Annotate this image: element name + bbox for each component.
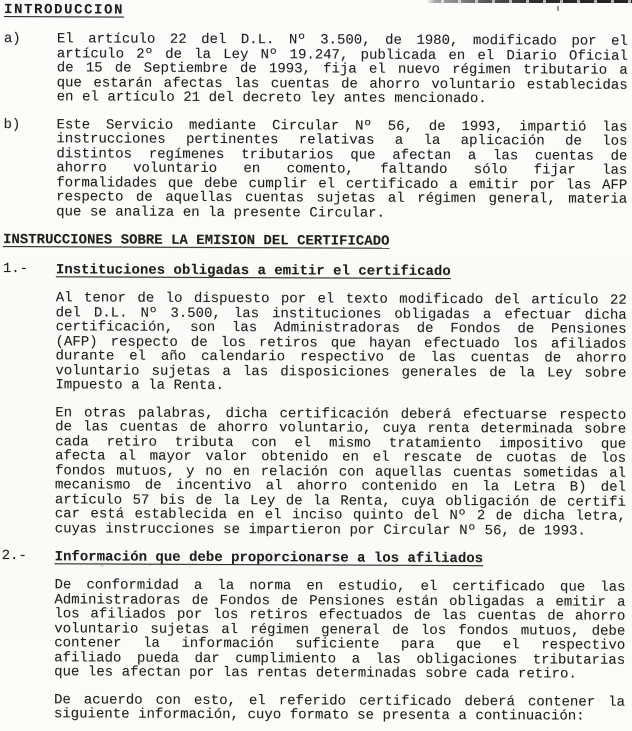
paragraph: En otras palabras, dicha certificación d…: [2, 405, 627, 538]
doc-text-line: siguiente información, cuyo formato se p…: [54, 707, 625, 724]
paragraph: Al tenor de lo dispuesto por el texto mo…: [2, 291, 626, 395]
doc-main-heading-text: INSTRUCCIONES SOBRE LA EMISION DEL CERTI…: [3, 232, 390, 250]
paragraph: a)El artículo 22 del D.L. Nº 3.500, de 1…: [4, 32, 628, 107]
doc-section-heading: 1.-Instituciones obligadas a emitir el c…: [3, 262, 627, 282]
section-number-label: 1.-: [3, 262, 28, 277]
paragraph: De conformidad a la norma en estudio, el…: [1, 578, 625, 682]
doc-text-line: que les afectan por las rentas determina…: [54, 665, 625, 682]
doc-main-heading: INSTRUCCIONES SOBRE LA EMISION DEL CERTI…: [3, 232, 627, 252]
scanned-document-page: INTRODUCCIONa)El artículo 22 del D.L. Nº…: [0, 0, 632, 731]
doc-text-line: cuyas instrucciones se impartieron por C…: [55, 522, 626, 539]
paragraph: De acuerdo con esto, el referido certifi…: [1, 692, 625, 724]
doc-section-heading: 2.-Información que debe proporcionarse a…: [2, 549, 626, 569]
doc-section-heading-text: Información que debe proporcionarse a lo…: [55, 549, 484, 567]
section-number-label: 2.-: [2, 549, 27, 564]
doc-main-heading: INTRODUCCION: [4, 2, 628, 22]
paragraph-letter-label: a): [4, 32, 21, 47]
document-content: INTRODUCCIONa)El artículo 22 del D.L. Nº…: [1, 2, 628, 724]
doc-section-heading-text: Instituciones obligadas a emitir el cert…: [56, 262, 451, 280]
doc-main-heading-text: INTRODUCCION: [4, 2, 124, 19]
paragraph-letter-label: b): [3, 117, 20, 132]
scan-edge-artifact: [427, 0, 632, 3]
paragraph: b)Este Servicio mediante Circular Nº 56,…: [3, 117, 627, 221]
